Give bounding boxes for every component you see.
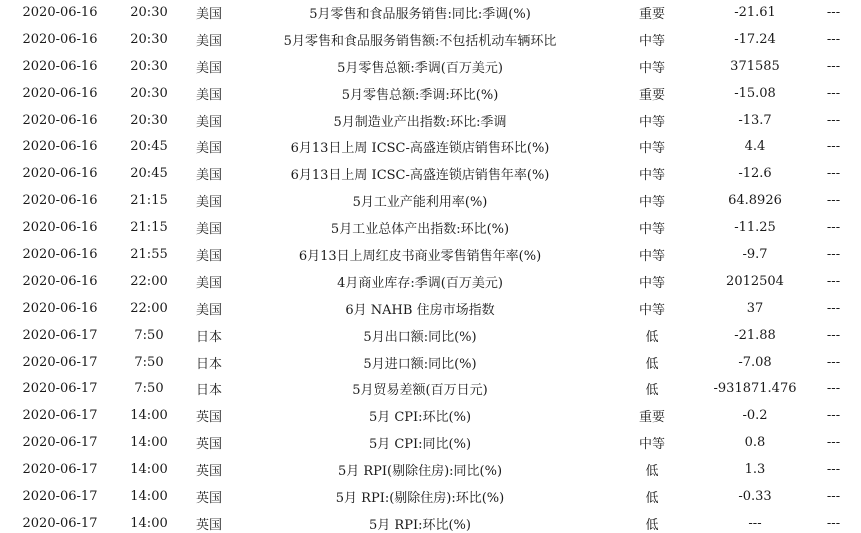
- actual-value: 4.4: [704, 133, 806, 160]
- table-row: 2020-06-17 7:50 日本 5月出口额:同比(%) 低 -21.88 …: [0, 322, 861, 349]
- actual-value: 371585: [704, 53, 806, 80]
- calendar-rows: 2020-06-16 20:30 美国 5月零售和食品服务销售:同比:季调(%)…: [0, 0, 861, 533]
- country: 日本: [178, 349, 240, 376]
- country: 美国: [178, 268, 240, 295]
- indicator-name: 5月 CPI:环比(%): [240, 402, 600, 429]
- release-date: 2020-06-17: [0, 322, 120, 349]
- release-date: 2020-06-16: [0, 107, 120, 134]
- indicator-name: 5月 CPI:同比(%): [240, 429, 600, 456]
- actual-value: 2012504: [704, 268, 806, 295]
- previous-value: ---: [806, 456, 861, 483]
- indicator-name: 4月商业库存:季调(百万美元): [240, 268, 600, 295]
- release-time: 21:15: [120, 187, 178, 214]
- indicator-name: 5月 RPI:(剔除住房):环比(%): [240, 483, 600, 510]
- table-row: 2020-06-16 21:15 美国 5月工业产能利用率(%) 中等 64.8…: [0, 187, 861, 214]
- release-time: 21:15: [120, 214, 178, 241]
- table-row: 2020-06-16 20:45 美国 6月13日上周 ICSC-高盛连锁店销售…: [0, 160, 861, 187]
- actual-value: -11.25: [704, 214, 806, 241]
- indicator-name: 6月13日上周红皮书商业零售销售年率(%): [240, 241, 600, 268]
- release-time: 14:00: [120, 402, 178, 429]
- release-date: 2020-06-17: [0, 429, 120, 456]
- importance-level: 重要: [600, 80, 704, 107]
- table-row: 2020-06-17 14:00 英国 5月 RPI(剔除住房):同比(%) 低…: [0, 456, 861, 483]
- importance-level: 中等: [600, 187, 704, 214]
- previous-value: ---: [806, 80, 861, 107]
- country: 美国: [178, 80, 240, 107]
- importance-level: 中等: [600, 26, 704, 53]
- importance-level: 低: [600, 456, 704, 483]
- table-row: 2020-06-17 14:00 英国 5月 CPI:环比(%) 重要 -0.2…: [0, 402, 861, 429]
- table-row: 2020-06-16 21:15 美国 5月工业总体产出指数:环比(%) 中等 …: [0, 214, 861, 241]
- country: 美国: [178, 295, 240, 322]
- importance-level: 中等: [600, 268, 704, 295]
- table-row: 2020-06-16 20:30 美国 5月零售总额:季调:环比(%) 重要 -…: [0, 80, 861, 107]
- release-date: 2020-06-16: [0, 0, 120, 26]
- importance-level: 中等: [600, 429, 704, 456]
- country: 美国: [178, 26, 240, 53]
- country: 美国: [178, 160, 240, 187]
- previous-value: ---: [806, 133, 861, 160]
- indicator-name: 5月进口额:同比(%): [240, 349, 600, 376]
- release-time: 20:30: [120, 107, 178, 134]
- release-time: 20:45: [120, 133, 178, 160]
- country: 英国: [178, 429, 240, 456]
- actual-value: -21.61: [704, 0, 806, 26]
- country: 美国: [178, 107, 240, 134]
- release-time: 14:00: [120, 510, 178, 533]
- actual-value: ---: [704, 510, 806, 533]
- indicator-name: 6月13日上周 ICSC-高盛连锁店销售年率(%): [240, 160, 600, 187]
- release-time: 14:00: [120, 483, 178, 510]
- actual-value: -13.7: [704, 107, 806, 134]
- previous-value: ---: [806, 214, 861, 241]
- release-date: 2020-06-17: [0, 375, 120, 402]
- actual-value: -17.24: [704, 26, 806, 53]
- release-time: 7:50: [120, 375, 178, 402]
- release-time: 7:50: [120, 349, 178, 376]
- previous-value: ---: [806, 241, 861, 268]
- table-row: 2020-06-16 20:30 美国 5月制造业产出指数:环比:季调 中等 -…: [0, 107, 861, 134]
- indicator-name: 5月制造业产出指数:环比:季调: [240, 107, 600, 134]
- release-time: 20:30: [120, 80, 178, 107]
- table-row: 2020-06-16 22:00 美国 4月商业库存:季调(百万美元) 中等 2…: [0, 268, 861, 295]
- economic-calendar-table: 2020-06-16 20:30 美国 5月零售和食品服务销售:同比:季调(%)…: [0, 0, 861, 533]
- previous-value: ---: [806, 268, 861, 295]
- release-time: 22:00: [120, 268, 178, 295]
- table-row: 2020-06-16 20:30 美国 5月零售和食品服务销售额:不包括机动车辆…: [0, 26, 861, 53]
- actual-value: -15.08: [704, 80, 806, 107]
- release-time: 20:30: [120, 0, 178, 26]
- importance-level: 中等: [600, 53, 704, 80]
- previous-value: ---: [806, 53, 861, 80]
- country: 美国: [178, 133, 240, 160]
- release-date: 2020-06-16: [0, 241, 120, 268]
- country: 美国: [178, 214, 240, 241]
- release-time: 7:50: [120, 322, 178, 349]
- country: 英国: [178, 483, 240, 510]
- table-row: 2020-06-16 21:55 美国 6月13日上周红皮书商业零售销售年率(%…: [0, 241, 861, 268]
- release-date: 2020-06-16: [0, 133, 120, 160]
- importance-level: 低: [600, 322, 704, 349]
- actual-value: -931871.476: [704, 375, 806, 402]
- previous-value: ---: [806, 26, 861, 53]
- country: 美国: [178, 241, 240, 268]
- previous-value: ---: [806, 375, 861, 402]
- table-row: 2020-06-16 20:30 美国 5月零售和食品服务销售:同比:季调(%)…: [0, 0, 861, 26]
- release-time: 21:55: [120, 241, 178, 268]
- indicator-name: 5月零售和食品服务销售:同比:季调(%): [240, 0, 600, 26]
- previous-value: ---: [806, 402, 861, 429]
- actual-value: -0.2: [704, 402, 806, 429]
- previous-value: ---: [806, 322, 861, 349]
- release-date: 2020-06-16: [0, 214, 120, 241]
- importance-level: 低: [600, 349, 704, 376]
- previous-value: ---: [806, 349, 861, 376]
- indicator-name: 5月工业产能利用率(%): [240, 187, 600, 214]
- country: 英国: [178, 402, 240, 429]
- indicator-name: 5月贸易差额(百万日元): [240, 375, 600, 402]
- previous-value: ---: [806, 0, 861, 26]
- country: 美国: [178, 53, 240, 80]
- table-row: 2020-06-17 7:50 日本 5月进口额:同比(%) 低 -7.08 -…: [0, 349, 861, 376]
- importance-level: 中等: [600, 295, 704, 322]
- previous-value: ---: [806, 510, 861, 533]
- country: 美国: [178, 187, 240, 214]
- actual-value: 37: [704, 295, 806, 322]
- indicator-name: 5月零售总额:季调:环比(%): [240, 80, 600, 107]
- release-date: 2020-06-17: [0, 349, 120, 376]
- importance-level: 重要: [600, 0, 704, 26]
- previous-value: ---: [806, 483, 861, 510]
- release-time: 14:00: [120, 429, 178, 456]
- importance-level: 低: [600, 510, 704, 533]
- importance-level: 中等: [600, 107, 704, 134]
- table-row: 2020-06-17 14:00 英国 5月 CPI:同比(%) 中等 0.8 …: [0, 429, 861, 456]
- table-row: 2020-06-17 7:50 日本 5月贸易差额(百万日元) 低 -93187…: [0, 375, 861, 402]
- country: 英国: [178, 456, 240, 483]
- previous-value: ---: [806, 160, 861, 187]
- importance-level: 中等: [600, 241, 704, 268]
- indicator-name: 5月工业总体产出指数:环比(%): [240, 214, 600, 241]
- indicator-name: 5月零售总额:季调(百万美元): [240, 53, 600, 80]
- release-time: 20:30: [120, 53, 178, 80]
- importance-level: 中等: [600, 160, 704, 187]
- previous-value: ---: [806, 295, 861, 322]
- indicator-name: 6月 NAHB 住房市场指数: [240, 295, 600, 322]
- release-date: 2020-06-16: [0, 268, 120, 295]
- previous-value: ---: [806, 107, 861, 134]
- indicator-name: 5月 RPI:环比(%): [240, 510, 600, 533]
- country: 美国: [178, 0, 240, 26]
- release-date: 2020-06-17: [0, 402, 120, 429]
- actual-value: -21.88: [704, 322, 806, 349]
- release-time: 22:00: [120, 295, 178, 322]
- table-row: 2020-06-16 20:45 美国 6月13日上周 ICSC-高盛连锁店销售…: [0, 133, 861, 160]
- importance-level: 重要: [600, 402, 704, 429]
- actual-value: -9.7: [704, 241, 806, 268]
- release-time: 20:45: [120, 160, 178, 187]
- actual-value: -0.33: [704, 483, 806, 510]
- release-time: 20:30: [120, 26, 178, 53]
- release-date: 2020-06-17: [0, 510, 120, 533]
- previous-value: ---: [806, 187, 861, 214]
- indicator-name: 5月 RPI(剔除住房):同比(%): [240, 456, 600, 483]
- table-row: 2020-06-16 20:30 美国 5月零售总额:季调(百万美元) 中等 3…: [0, 53, 861, 80]
- indicator-name: 5月零售和食品服务销售额:不包括机动车辆环比: [240, 26, 600, 53]
- release-date: 2020-06-16: [0, 26, 120, 53]
- table-row: 2020-06-16 22:00 美国 6月 NAHB 住房市场指数 中等 37…: [0, 295, 861, 322]
- table-row: 2020-06-17 14:00 英国 5月 RPI:(剔除住房):环比(%) …: [0, 483, 861, 510]
- previous-value: ---: [806, 429, 861, 456]
- table-row: 2020-06-17 14:00 英国 5月 RPI:环比(%) 低 --- -…: [0, 510, 861, 533]
- importance-level: 中等: [600, 133, 704, 160]
- release-date: 2020-06-16: [0, 53, 120, 80]
- actual-value: 0.8: [704, 429, 806, 456]
- country: 日本: [178, 322, 240, 349]
- release-date: 2020-06-16: [0, 295, 120, 322]
- actual-value: -12.6: [704, 160, 806, 187]
- actual-value: -7.08: [704, 349, 806, 376]
- release-date: 2020-06-16: [0, 80, 120, 107]
- importance-level: 低: [600, 483, 704, 510]
- release-date: 2020-06-16: [0, 160, 120, 187]
- importance-level: 中等: [600, 214, 704, 241]
- indicator-name: 6月13日上周 ICSC-高盛连锁店销售环比(%): [240, 133, 600, 160]
- release-time: 14:00: [120, 456, 178, 483]
- indicator-name: 5月出口额:同比(%): [240, 322, 600, 349]
- release-date: 2020-06-17: [0, 456, 120, 483]
- importance-level: 低: [600, 375, 704, 402]
- release-date: 2020-06-17: [0, 483, 120, 510]
- country: 日本: [178, 375, 240, 402]
- release-date: 2020-06-16: [0, 187, 120, 214]
- country: 英国: [178, 510, 240, 533]
- actual-value: 1.3: [704, 456, 806, 483]
- actual-value: 64.8926: [704, 187, 806, 214]
